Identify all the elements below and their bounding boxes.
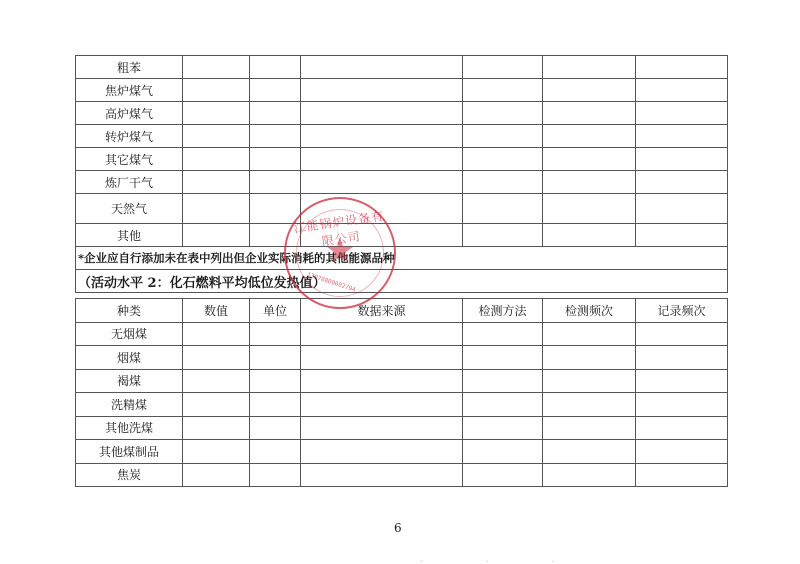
detect-freq-cell[interactable] bbox=[543, 224, 636, 247]
record-freq-cell[interactable] bbox=[636, 171, 728, 194]
fuel-type-cell: 高炉煤气 bbox=[76, 102, 183, 125]
page-number: 6 bbox=[394, 521, 402, 535]
table-row: 褐煤 bbox=[76, 369, 728, 393]
method-cell[interactable] bbox=[463, 416, 543, 440]
fuel-type-cell: 转炉煤气 bbox=[76, 125, 183, 148]
record-freq-cell[interactable] bbox=[636, 148, 728, 171]
value-cell[interactable] bbox=[183, 393, 250, 417]
method-cell[interactable] bbox=[463, 463, 543, 487]
source-cell[interactable] bbox=[301, 416, 463, 440]
source-cell[interactable] bbox=[301, 224, 463, 247]
record-freq-cell[interactable] bbox=[636, 463, 728, 487]
method-cell[interactable] bbox=[463, 440, 543, 464]
fuel-type-cell: 洗精煤 bbox=[76, 393, 183, 417]
unit-cell[interactable] bbox=[250, 56, 301, 79]
note-row: *企业应自行添加未在表中列出但企业实际消耗的其他能源品种 bbox=[76, 247, 728, 270]
source-cell[interactable] bbox=[301, 56, 463, 79]
value-cell[interactable] bbox=[183, 416, 250, 440]
source-cell[interactable] bbox=[301, 346, 463, 370]
fuel-type-cell: 其他洗煤 bbox=[76, 416, 183, 440]
source-cell[interactable] bbox=[301, 440, 463, 464]
header-method: 检测方法 bbox=[463, 299, 543, 323]
table-row: 天然气 bbox=[76, 194, 728, 224]
fuel-type-cell: 其它煤气 bbox=[76, 148, 183, 171]
source-cell[interactable] bbox=[301, 194, 463, 224]
fuel-type-cell: 其他煤制品 bbox=[76, 440, 183, 464]
method-cell[interactable] bbox=[463, 102, 543, 125]
source-cell[interactable] bbox=[301, 369, 463, 393]
detect-freq-cell[interactable] bbox=[543, 79, 636, 102]
note-text: *企业应自行添加未在表中列出但企业实际消耗的其他能源品种 bbox=[76, 247, 728, 270]
source-cell[interactable] bbox=[301, 171, 463, 194]
detect-freq-cell[interactable] bbox=[543, 56, 636, 79]
record-freq-cell[interactable] bbox=[636, 194, 728, 224]
record-freq-cell[interactable] bbox=[636, 79, 728, 102]
energy-consumption-table: 粗苯 焦炉煤气 高炉煤气 转炉煤气 其它煤气 bbox=[75, 55, 728, 293]
detect-freq-cell[interactable] bbox=[543, 463, 636, 487]
detect-freq-cell[interactable] bbox=[543, 125, 636, 148]
table-row: 洗精煤 bbox=[76, 393, 728, 417]
detect-freq-cell[interactable] bbox=[543, 148, 636, 171]
table-row: 转炉煤气 bbox=[76, 125, 728, 148]
unit-cell[interactable] bbox=[250, 346, 301, 370]
value-cell[interactable] bbox=[183, 171, 250, 194]
method-cell[interactable] bbox=[463, 369, 543, 393]
method-cell[interactable] bbox=[463, 322, 543, 346]
bleed-through-marks: . . . bbox=[420, 555, 584, 564]
table-row: 其他 bbox=[76, 224, 728, 247]
value-cell[interactable] bbox=[183, 148, 250, 171]
table-row: 烟煤 bbox=[76, 346, 728, 370]
header-value: 数值 bbox=[183, 299, 250, 323]
method-cell[interactable] bbox=[463, 393, 543, 417]
source-cell[interactable] bbox=[301, 322, 463, 346]
record-freq-cell[interactable] bbox=[636, 102, 728, 125]
unit-cell[interactable] bbox=[250, 148, 301, 171]
table-row: 焦炉煤气 bbox=[76, 79, 728, 102]
table-row: 其他洗煤 bbox=[76, 416, 728, 440]
record-freq-cell[interactable] bbox=[636, 56, 728, 79]
record-freq-cell[interactable] bbox=[636, 346, 728, 370]
header-detect-freq: 检测频次 bbox=[543, 299, 636, 323]
detect-freq-cell[interactable] bbox=[543, 346, 636, 370]
unit-cell[interactable] bbox=[250, 369, 301, 393]
table-row: 粗苯 bbox=[76, 56, 728, 79]
method-cell[interactable] bbox=[463, 346, 543, 370]
source-cell[interactable] bbox=[301, 393, 463, 417]
fuel-type-cell: 烟煤 bbox=[76, 346, 183, 370]
method-cell[interactable] bbox=[463, 125, 543, 148]
value-cell[interactable] bbox=[183, 463, 250, 487]
fuel-type-cell: 焦炉煤气 bbox=[76, 79, 183, 102]
method-cell[interactable] bbox=[463, 171, 543, 194]
unit-cell[interactable] bbox=[250, 440, 301, 464]
table-row: 焦炭 bbox=[76, 463, 728, 487]
table-row: 高炉煤气 bbox=[76, 102, 728, 125]
fuel-type-cell: 其他 bbox=[76, 224, 183, 247]
detect-freq-cell[interactable] bbox=[543, 194, 636, 224]
detect-freq-cell[interactable] bbox=[543, 322, 636, 346]
value-cell[interactable] bbox=[183, 102, 250, 125]
header-type: 种类 bbox=[76, 299, 183, 323]
section-title: （活动水平 2：化石燃料平均低位发热值） bbox=[76, 270, 728, 293]
unit-cell[interactable] bbox=[250, 463, 301, 487]
value-cell[interactable] bbox=[183, 56, 250, 79]
source-cell[interactable] bbox=[301, 148, 463, 171]
unit-cell[interactable] bbox=[250, 224, 301, 247]
fuel-type-cell: 天然气 bbox=[76, 194, 183, 224]
unit-cell[interactable] bbox=[250, 194, 301, 224]
detect-freq-cell[interactable] bbox=[543, 440, 636, 464]
method-cell[interactable] bbox=[463, 56, 543, 79]
unit-cell[interactable] bbox=[250, 102, 301, 125]
header-unit: 单位 bbox=[250, 299, 301, 323]
fuel-type-cell: 炼厂干气 bbox=[76, 171, 183, 194]
value-cell[interactable] bbox=[183, 224, 250, 247]
detect-freq-cell[interactable] bbox=[543, 393, 636, 417]
value-cell[interactable] bbox=[183, 125, 250, 148]
value-cell[interactable] bbox=[183, 322, 250, 346]
table-row: 无烟煤 bbox=[76, 322, 728, 346]
record-freq-cell[interactable] bbox=[636, 393, 728, 417]
value-cell[interactable] bbox=[183, 194, 250, 224]
source-cell[interactable] bbox=[301, 102, 463, 125]
fuel-type-cell: 粗苯 bbox=[76, 56, 183, 79]
record-freq-cell[interactable] bbox=[636, 224, 728, 247]
table-row: 炼厂干气 bbox=[76, 171, 728, 194]
detect-freq-cell[interactable] bbox=[543, 416, 636, 440]
unit-cell[interactable] bbox=[250, 125, 301, 148]
method-cell[interactable] bbox=[463, 148, 543, 171]
method-cell[interactable] bbox=[463, 79, 543, 102]
unit-cell[interactable] bbox=[250, 171, 301, 194]
detect-freq-cell[interactable] bbox=[543, 171, 636, 194]
fuel-type-cell: 无烟煤 bbox=[76, 322, 183, 346]
unit-cell[interactable] bbox=[250, 393, 301, 417]
value-cell[interactable] bbox=[183, 346, 250, 370]
fuel-type-cell: 褐煤 bbox=[76, 369, 183, 393]
unit-cell[interactable] bbox=[250, 79, 301, 102]
source-cell[interactable] bbox=[301, 125, 463, 148]
unit-cell[interactable] bbox=[250, 322, 301, 346]
header-source: 数据来源 bbox=[301, 299, 463, 323]
record-freq-cell[interactable] bbox=[636, 440, 728, 464]
record-freq-cell[interactable] bbox=[636, 369, 728, 393]
value-cell[interactable] bbox=[183, 79, 250, 102]
method-cell[interactable] bbox=[463, 224, 543, 247]
fuel-type-cell: 焦炭 bbox=[76, 463, 183, 487]
calorific-value-table: 种类 数值 单位 数据来源 检测方法 检测频次 记录频次 无烟煤 烟煤 褐煤 bbox=[75, 298, 728, 487]
method-cell[interactable] bbox=[463, 194, 543, 224]
record-freq-cell[interactable] bbox=[636, 322, 728, 346]
section-title-row: （活动水平 2：化石燃料平均低位发热值） bbox=[76, 270, 728, 293]
unit-cell[interactable] bbox=[250, 416, 301, 440]
value-cell[interactable] bbox=[183, 440, 250, 464]
record-freq-cell[interactable] bbox=[636, 416, 728, 440]
header-record-freq: 记录频次 bbox=[636, 299, 728, 323]
source-cell[interactable] bbox=[301, 463, 463, 487]
record-freq-cell[interactable] bbox=[636, 125, 728, 148]
value-cell[interactable] bbox=[183, 369, 250, 393]
source-cell[interactable] bbox=[301, 79, 463, 102]
table-row: 其他煤制品 bbox=[76, 440, 728, 464]
table-row: 其它煤气 bbox=[76, 148, 728, 171]
detect-freq-cell[interactable] bbox=[543, 369, 636, 393]
detect-freq-cell[interactable] bbox=[543, 102, 636, 125]
header-row: 种类 数值 单位 数据来源 检测方法 检测频次 记录频次 bbox=[76, 299, 728, 323]
